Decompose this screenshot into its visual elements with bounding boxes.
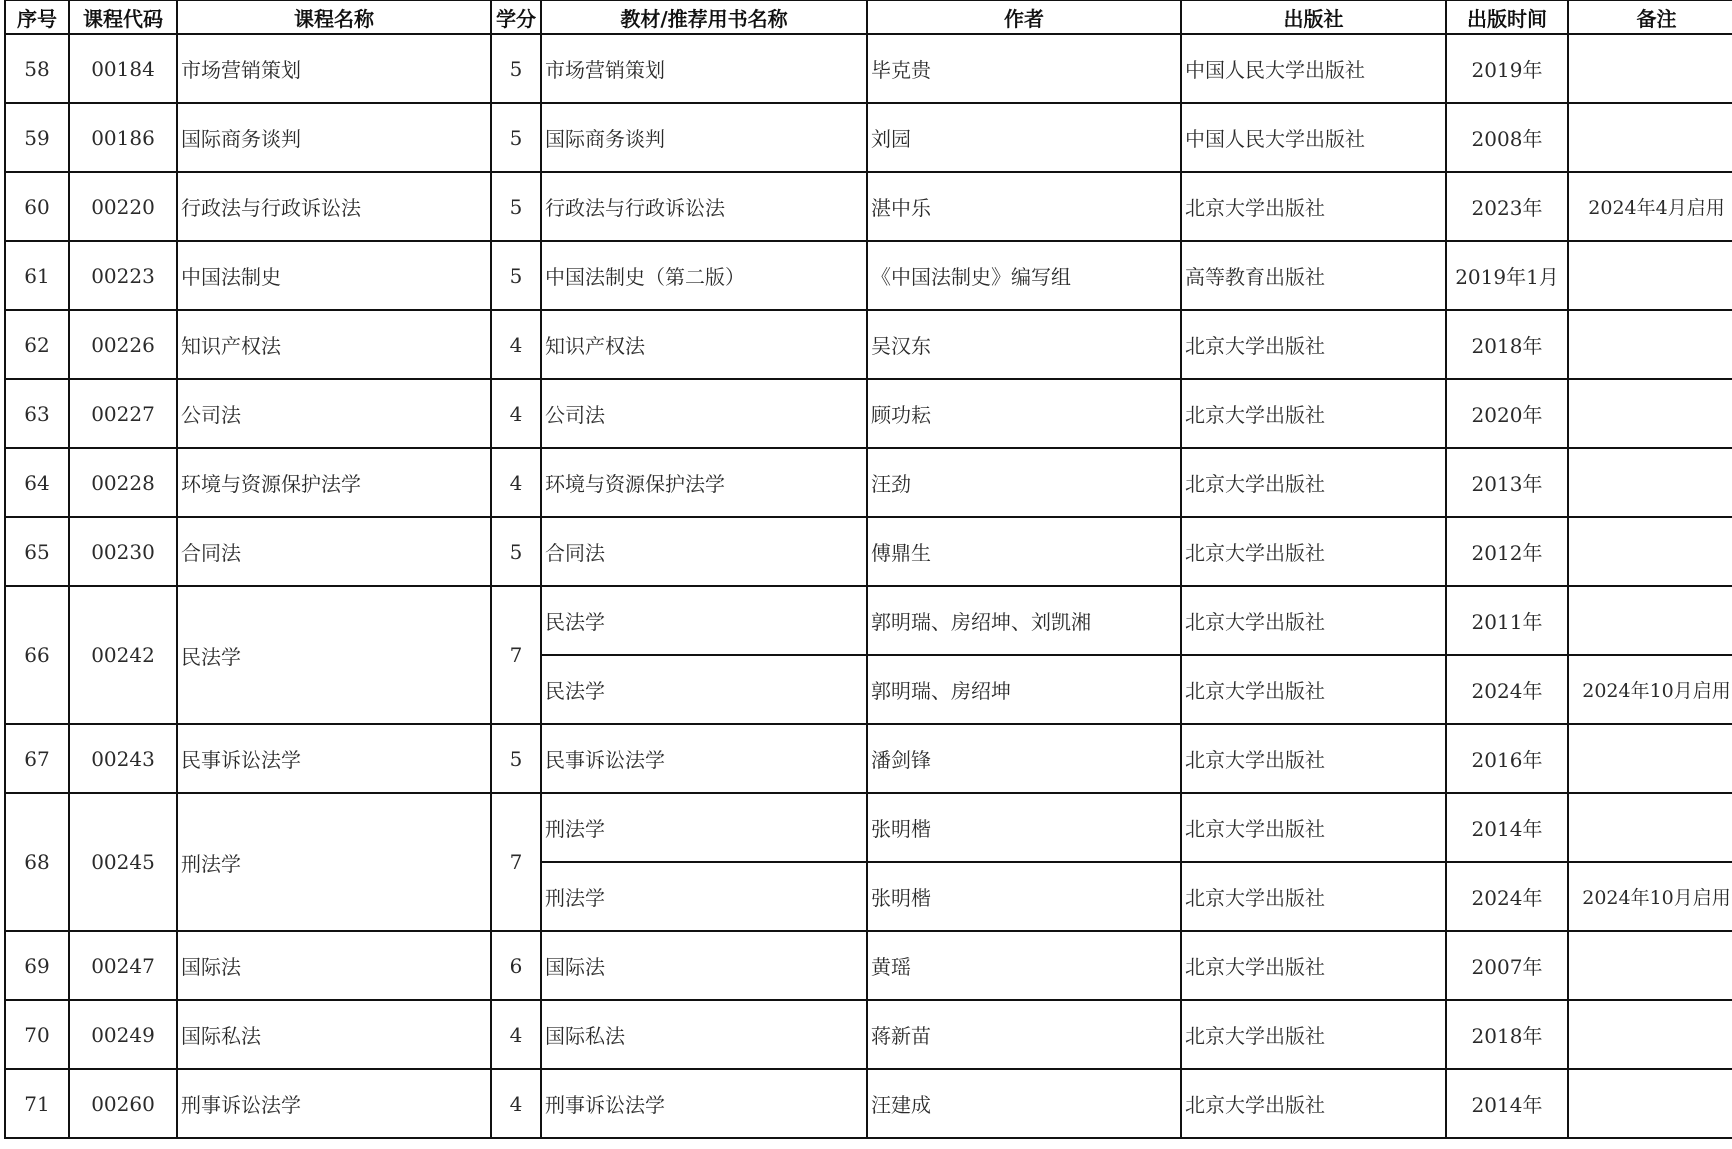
table-body: 58 00184 市场营销策划 5 市场营销策划 毕克贵 中国人民大学出版社 2… (5, 34, 1732, 1138)
cell-seq: 71 (5, 1069, 69, 1138)
cell-seq: 69 (5, 931, 69, 1000)
cell-textbook: 国际商务谈判 (541, 103, 867, 172)
cell-notes (1568, 586, 1732, 655)
cell-author: 汪劲 (867, 448, 1181, 517)
cell-code: 00227 (69, 379, 177, 448)
cell-pub-date: 2014年 (1446, 793, 1568, 862)
cell-pub-date: 2024年 (1446, 655, 1568, 724)
cell-code: 00230 (69, 517, 177, 586)
cell-author: 《中国法制史》编写组 (867, 241, 1181, 310)
cell-seq: 67 (5, 724, 69, 793)
cell-textbook: 合同法 (541, 517, 867, 586)
cell-course-name: 市场营销策划 (177, 34, 491, 103)
cell-notes (1568, 103, 1732, 172)
cell-pub-date: 2024年 (1446, 862, 1568, 931)
cell-seq: 66 (5, 586, 69, 724)
cell-author: 汪建成 (867, 1069, 1181, 1138)
table-row: 68 00245 刑法学 7 刑法学 张明楷 北京大学出版社 2014年 (5, 793, 1732, 862)
cell-seq: 60 (5, 172, 69, 241)
table-row: 63 00227 公司法 4 公司法 顾功耘 北京大学出版社 2020年 (5, 379, 1732, 448)
table-row: 69 00247 国际法 6 国际法 黄瑶 北京大学出版社 2007年 (5, 931, 1732, 1000)
cell-code: 00186 (69, 103, 177, 172)
cell-publisher: 北京大学出版社 (1181, 379, 1446, 448)
cell-course-name: 合同法 (177, 517, 491, 586)
cell-author: 湛中乐 (867, 172, 1181, 241)
cell-pub-date: 2008年 (1446, 103, 1568, 172)
cell-author: 毕克贵 (867, 34, 1181, 103)
cell-code: 00249 (69, 1000, 177, 1069)
table-row: 59 00186 国际商务谈判 5 国际商务谈判 刘园 中国人民大学出版社 20… (5, 103, 1732, 172)
cell-seq: 68 (5, 793, 69, 931)
cell-credits: 7 (491, 793, 541, 931)
cell-notes: 2024年4月启用 (1568, 172, 1732, 241)
cell-textbook: 环境与资源保护法学 (541, 448, 867, 517)
cell-course-name: 民事诉讼法学 (177, 724, 491, 793)
cell-course-name: 刑事诉讼法学 (177, 1069, 491, 1138)
cell-credits: 7 (491, 586, 541, 724)
table-row: 71 00260 刑事诉讼法学 4 刑事诉讼法学 汪建成 北京大学出版社 201… (5, 1069, 1732, 1138)
cell-code: 00243 (69, 724, 177, 793)
cell-credits: 5 (491, 724, 541, 793)
header-pub-date: 出版时间 (1446, 1, 1568, 35)
cell-textbook: 刑事诉讼法学 (541, 1069, 867, 1138)
header-notes: 备注 (1568, 1, 1732, 35)
header-course-name: 课程名称 (177, 1, 491, 35)
cell-notes: 2024年10月启用 (1568, 655, 1732, 724)
cell-textbook: 知识产权法 (541, 310, 867, 379)
table-row: 70 00249 国际私法 4 国际私法 蒋新苗 北京大学出版社 2018年 (5, 1000, 1732, 1069)
cell-seq: 58 (5, 34, 69, 103)
cell-course-name: 知识产权法 (177, 310, 491, 379)
cell-code: 00242 (69, 586, 177, 724)
cell-credits: 5 (491, 34, 541, 103)
cell-pub-date: 2014年 (1446, 1069, 1568, 1138)
cell-pub-date: 2018年 (1446, 1000, 1568, 1069)
cell-code: 00247 (69, 931, 177, 1000)
cell-textbook: 民法学 (541, 586, 867, 655)
cell-textbook: 公司法 (541, 379, 867, 448)
cell-publisher: 北京大学出版社 (1181, 1069, 1446, 1138)
cell-course-name: 环境与资源保护法学 (177, 448, 491, 517)
cell-pub-date: 2007年 (1446, 931, 1568, 1000)
course-textbook-table: 序号 课程代码 课程名称 学分 教材/推荐用书名称 作者 出版社 出版时间 备注… (4, 0, 1732, 1139)
cell-publisher: 北京大学出版社 (1181, 724, 1446, 793)
cell-notes (1568, 517, 1732, 586)
cell-credits: 4 (491, 379, 541, 448)
cell-code: 00228 (69, 448, 177, 517)
cell-textbook: 民法学 (541, 655, 867, 724)
cell-textbook: 民事诉讼法学 (541, 724, 867, 793)
cell-pub-date: 2019年 (1446, 34, 1568, 103)
cell-pub-date: 2012年 (1446, 517, 1568, 586)
cell-credits: 4 (491, 1069, 541, 1138)
cell-credits: 5 (491, 517, 541, 586)
cell-course-name: 民法学 (177, 586, 491, 724)
cell-seq: 62 (5, 310, 69, 379)
cell-author: 刘园 (867, 103, 1181, 172)
cell-publisher: 北京大学出版社 (1181, 862, 1446, 931)
table-row: 62 00226 知识产权法 4 知识产权法 吴汉东 北京大学出版社 2018年 (5, 310, 1732, 379)
table-row: 61 00223 中国法制史 5 中国法制史（第二版） 《中国法制史》编写组 高… (5, 241, 1732, 310)
cell-publisher: 北京大学出版社 (1181, 1000, 1446, 1069)
cell-author: 顾功耘 (867, 379, 1181, 448)
cell-notes (1568, 379, 1732, 448)
cell-textbook: 国际私法 (541, 1000, 867, 1069)
cell-author: 傅鼎生 (867, 517, 1181, 586)
cell-code: 00223 (69, 241, 177, 310)
table-row: 64 00228 环境与资源保护法学 4 环境与资源保护法学 汪劲 北京大学出版… (5, 448, 1732, 517)
cell-pub-date: 2011年 (1446, 586, 1568, 655)
cell-publisher: 高等教育出版社 (1181, 241, 1446, 310)
cell-credits: 5 (491, 103, 541, 172)
cell-publisher: 中国人民大学出版社 (1181, 34, 1446, 103)
cell-course-name: 国际商务谈判 (177, 103, 491, 172)
cell-notes (1568, 310, 1732, 379)
cell-course-name: 公司法 (177, 379, 491, 448)
table-row: 58 00184 市场营销策划 5 市场营销策划 毕克贵 中国人民大学出版社 2… (5, 34, 1732, 103)
cell-seq: 63 (5, 379, 69, 448)
cell-textbook: 刑法学 (541, 793, 867, 862)
cell-notes: 2024年10月启用 (1568, 862, 1732, 931)
cell-code: 00260 (69, 1069, 177, 1138)
cell-credits: 4 (491, 310, 541, 379)
cell-publisher: 中国人民大学出版社 (1181, 103, 1446, 172)
table-row: 66 00242 民法学 7 民法学 郭明瑞、房绍坤、刘凯湘 北京大学出版社 2… (5, 586, 1732, 655)
cell-publisher: 北京大学出版社 (1181, 448, 1446, 517)
cell-seq: 64 (5, 448, 69, 517)
cell-author: 蒋新苗 (867, 1000, 1181, 1069)
cell-code: 00184 (69, 34, 177, 103)
cell-author: 郭明瑞、房绍坤 (867, 655, 1181, 724)
header-textbook: 教材/推荐用书名称 (541, 1, 867, 35)
cell-author: 张明楷 (867, 793, 1181, 862)
header-publisher: 出版社 (1181, 1, 1446, 35)
cell-code: 00226 (69, 310, 177, 379)
cell-author: 张明楷 (867, 862, 1181, 931)
cell-course-name: 国际私法 (177, 1000, 491, 1069)
cell-author: 吴汉东 (867, 310, 1181, 379)
cell-notes (1568, 931, 1732, 1000)
table-row: 60 00220 行政法与行政诉讼法 5 行政法与行政诉讼法 湛中乐 北京大学出… (5, 172, 1732, 241)
cell-notes (1568, 34, 1732, 103)
cell-pub-date: 2016年 (1446, 724, 1568, 793)
cell-course-name: 中国法制史 (177, 241, 491, 310)
cell-notes (1568, 1000, 1732, 1069)
cell-pub-date: 2020年 (1446, 379, 1568, 448)
cell-pub-date: 2023年 (1446, 172, 1568, 241)
cell-notes (1568, 724, 1732, 793)
cell-author: 郭明瑞、房绍坤、刘凯湘 (867, 586, 1181, 655)
cell-textbook: 中国法制史（第二版） (541, 241, 867, 310)
header-credits: 学分 (491, 1, 541, 35)
cell-notes (1568, 241, 1732, 310)
cell-textbook: 国际法 (541, 931, 867, 1000)
cell-textbook: 刑法学 (541, 862, 867, 931)
cell-publisher: 北京大学出版社 (1181, 517, 1446, 586)
cell-publisher: 北京大学出版社 (1181, 931, 1446, 1000)
cell-publisher: 北京大学出版社 (1181, 655, 1446, 724)
cell-credits: 5 (491, 172, 541, 241)
cell-pub-date: 2013年 (1446, 448, 1568, 517)
cell-code: 00245 (69, 793, 177, 931)
cell-textbook: 行政法与行政诉讼法 (541, 172, 867, 241)
cell-code: 00220 (69, 172, 177, 241)
cell-seq: 70 (5, 1000, 69, 1069)
cell-seq: 59 (5, 103, 69, 172)
cell-publisher: 北京大学出版社 (1181, 310, 1446, 379)
cell-course-name: 国际法 (177, 931, 491, 1000)
cell-credits: 4 (491, 448, 541, 517)
cell-publisher: 北京大学出版社 (1181, 586, 1446, 655)
table-header: 序号 课程代码 课程名称 学分 教材/推荐用书名称 作者 出版社 出版时间 备注 (5, 1, 1732, 35)
cell-publisher: 北京大学出版社 (1181, 793, 1446, 862)
header-author: 作者 (867, 1, 1181, 35)
cell-pub-date: 2019年1月 (1446, 241, 1568, 310)
cell-notes (1568, 448, 1732, 517)
cell-notes (1568, 1069, 1732, 1138)
header-code: 课程代码 (69, 1, 177, 35)
cell-notes (1568, 793, 1732, 862)
header-seq: 序号 (5, 1, 69, 35)
table-row: 65 00230 合同法 5 合同法 傅鼎生 北京大学出版社 2012年 (5, 517, 1732, 586)
cell-course-name: 刑法学 (177, 793, 491, 931)
cell-course-name: 行政法与行政诉讼法 (177, 172, 491, 241)
cell-credits: 5 (491, 241, 541, 310)
cell-seq: 65 (5, 517, 69, 586)
cell-pub-date: 2018年 (1446, 310, 1568, 379)
table-row: 67 00243 民事诉讼法学 5 民事诉讼法学 潘剑锋 北京大学出版社 201… (5, 724, 1732, 793)
cell-textbook: 市场营销策划 (541, 34, 867, 103)
cell-credits: 4 (491, 1000, 541, 1069)
cell-credits: 6 (491, 931, 541, 1000)
cell-seq: 61 (5, 241, 69, 310)
cell-author: 黄瑶 (867, 931, 1181, 1000)
cell-publisher: 北京大学出版社 (1181, 172, 1446, 241)
cell-author: 潘剑锋 (867, 724, 1181, 793)
header-row: 序号 课程代码 课程名称 学分 教材/推荐用书名称 作者 出版社 出版时间 备注 (5, 1, 1732, 35)
